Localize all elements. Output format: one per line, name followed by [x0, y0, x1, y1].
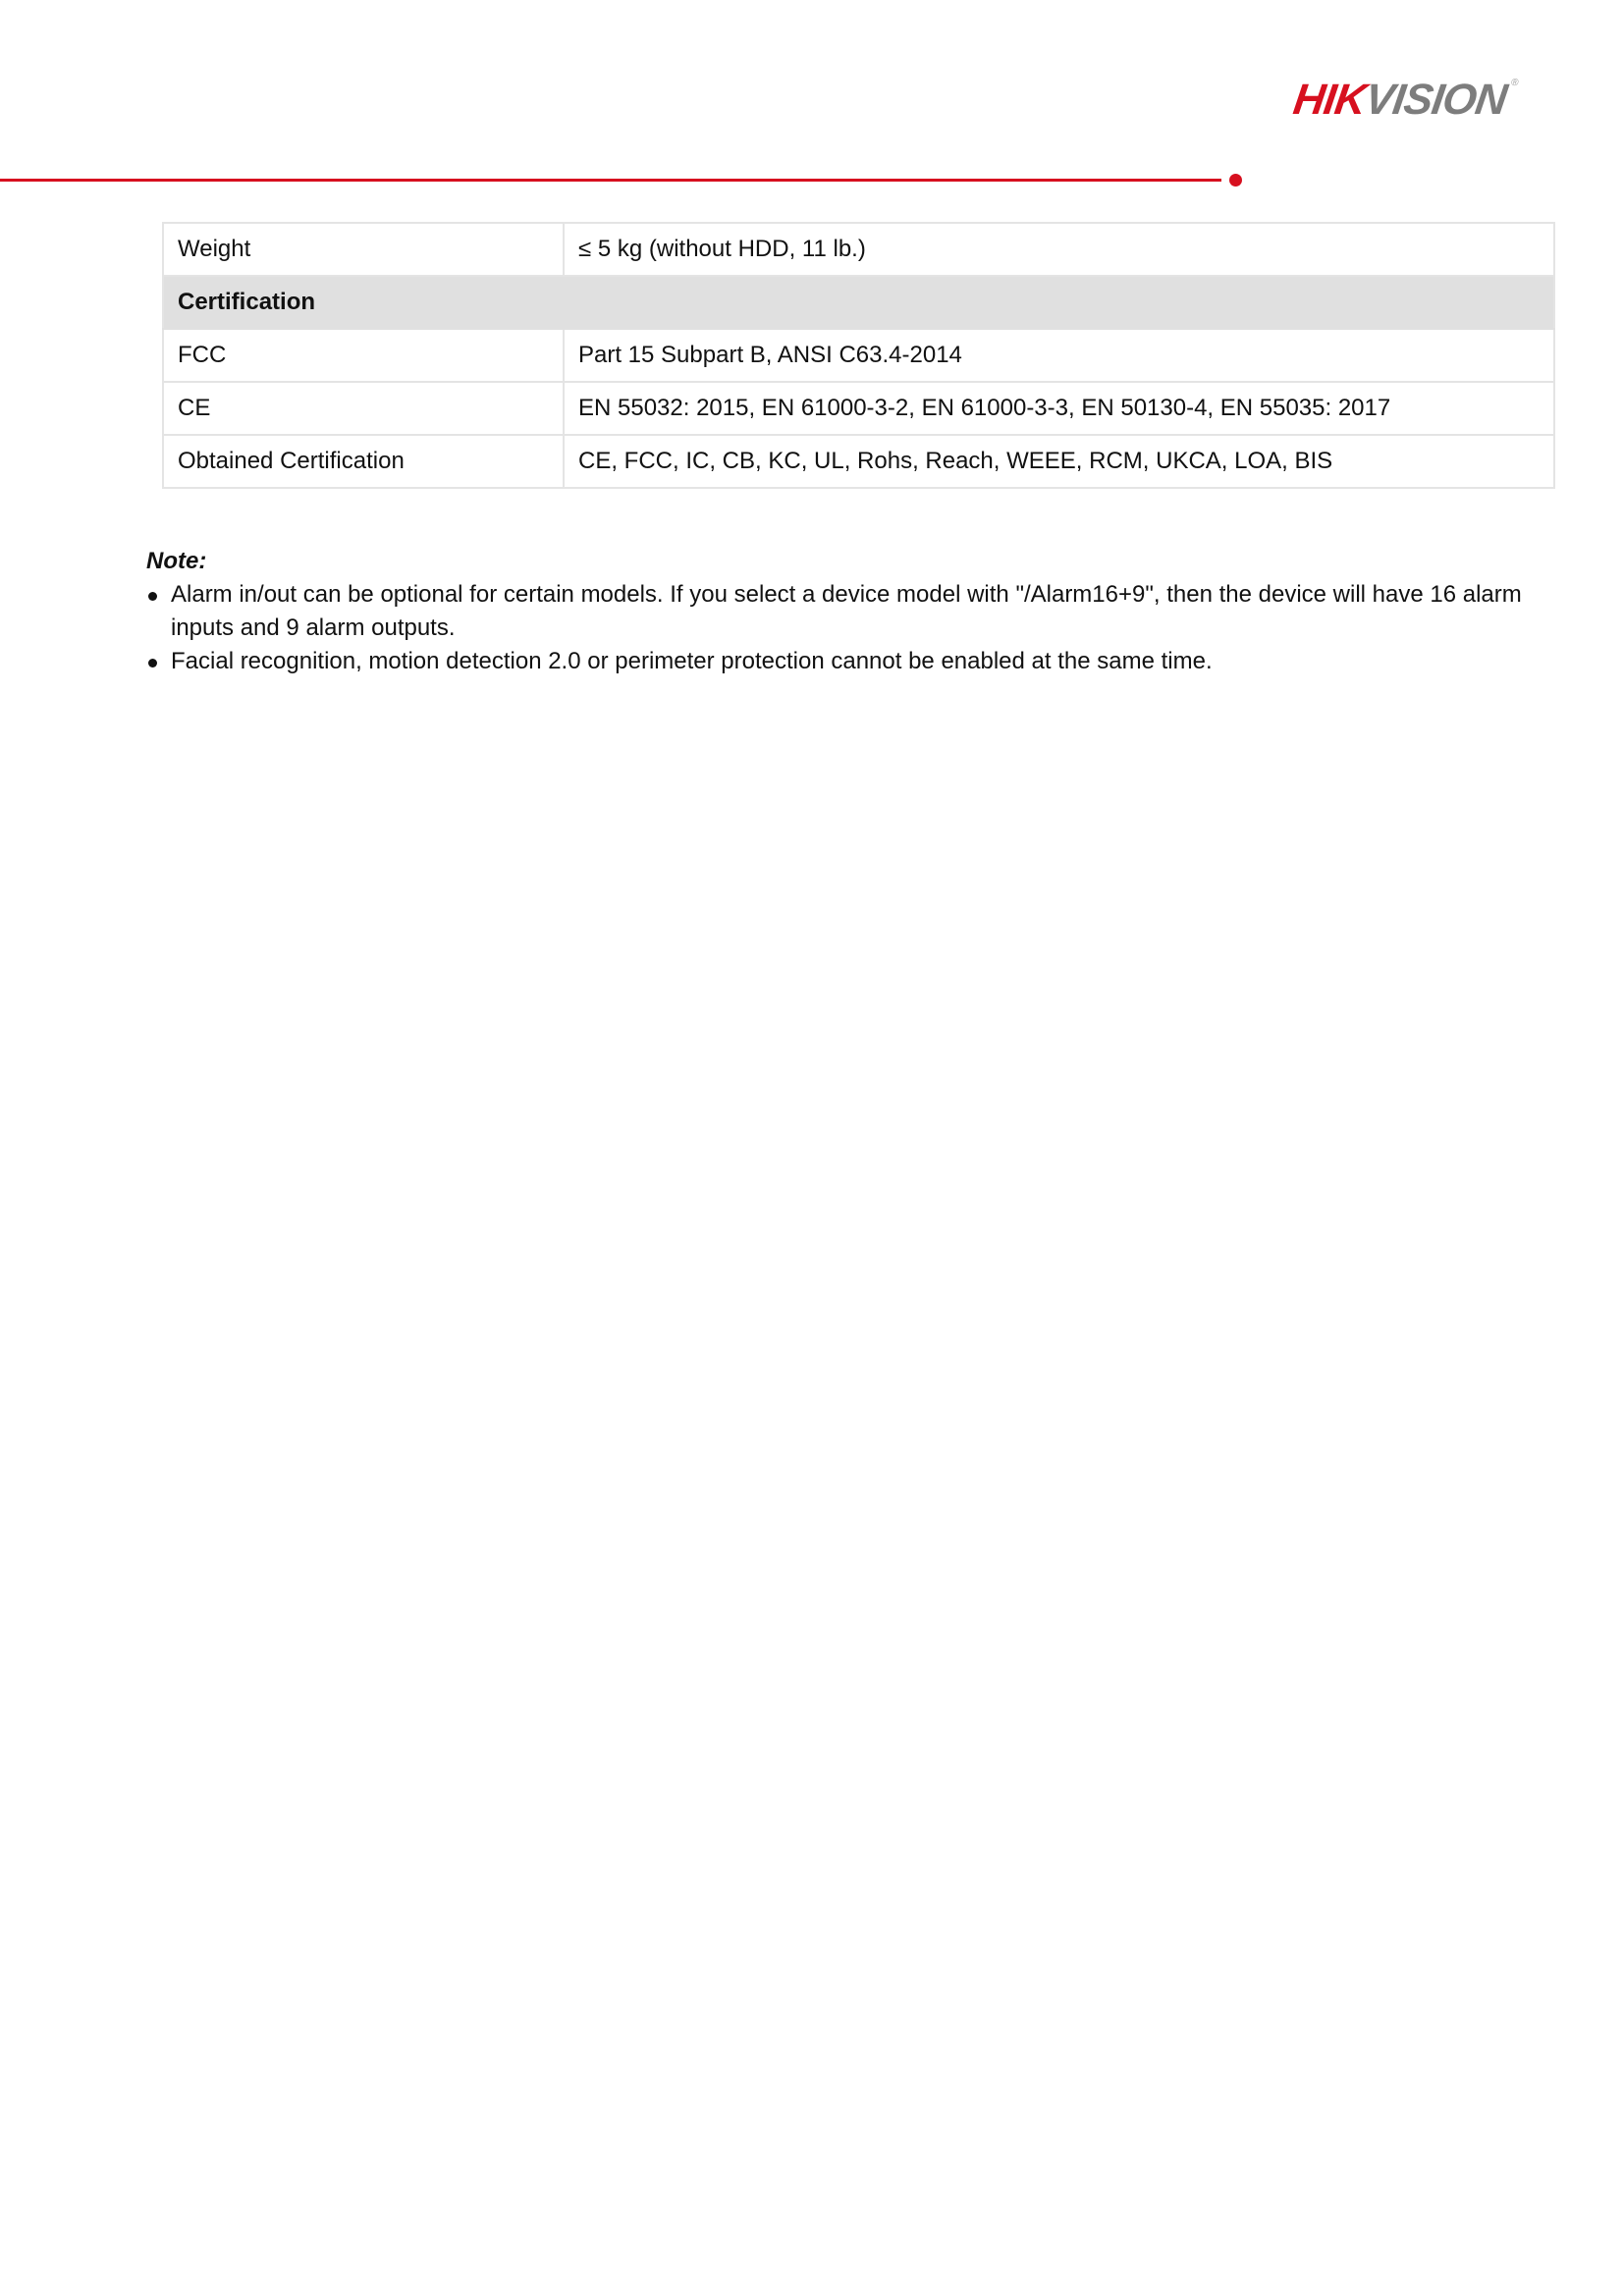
bullet-icon: [148, 659, 157, 667]
bullet-icon: [148, 592, 157, 601]
hikvision-logo: HIKVISION®: [1291, 75, 1519, 122]
section-heading: Certification: [163, 276, 1554, 329]
logo-part-hik: HIK: [1291, 79, 1369, 122]
spec-value: Part 15 Subpart B, ANSI C63.4-2014: [564, 329, 1554, 382]
note-section: Note: Alarm in/out can be optional for c…: [146, 545, 1541, 678]
spec-value: EN 55032: 2015, EN 61000-3-2, EN 61000-3…: [564, 382, 1554, 435]
note-list: Alarm in/out can be optional for certain…: [146, 578, 1541, 678]
header-divider-dot: [1229, 174, 1242, 187]
logo-part-vision: VISION: [1362, 79, 1508, 122]
spec-table: Weight ≤ 5 kg (without HDD, 11 lb.) Cert…: [162, 222, 1555, 489]
table-row-obtained-certification: Obtained Certification CE, FCC, IC, CB, …: [163, 435, 1554, 488]
spec-value: CE, FCC, IC, CB, KC, UL, Rohs, Reach, WE…: [564, 435, 1554, 488]
note-item: Facial recognition, motion detection 2.0…: [146, 645, 1541, 678]
spec-value: ≤ 5 kg (without HDD, 11 lb.): [564, 223, 1554, 276]
table-section-certification: Certification: [163, 276, 1554, 329]
registered-mark: ®: [1510, 79, 1518, 88]
table-row-weight: Weight ≤ 5 kg (without HDD, 11 lb.): [163, 223, 1554, 276]
note-item: Alarm in/out can be optional for certain…: [146, 578, 1541, 645]
spec-key: FCC: [163, 329, 564, 382]
note-text: Alarm in/out can be optional for certain…: [171, 581, 1522, 641]
note-text: Facial recognition, motion detection 2.0…: [171, 648, 1213, 674]
spec-key: CE: [163, 382, 564, 435]
table-row-fcc: FCC Part 15 Subpart B, ANSI C63.4-2014: [163, 329, 1554, 382]
note-title: Note:: [146, 545, 1541, 578]
spec-key: Obtained Certification: [163, 435, 564, 488]
spec-key: Weight: [163, 223, 564, 276]
table-row-ce: CE EN 55032: 2015, EN 61000-3-2, EN 6100…: [163, 382, 1554, 435]
header-divider-line: [0, 179, 1221, 182]
